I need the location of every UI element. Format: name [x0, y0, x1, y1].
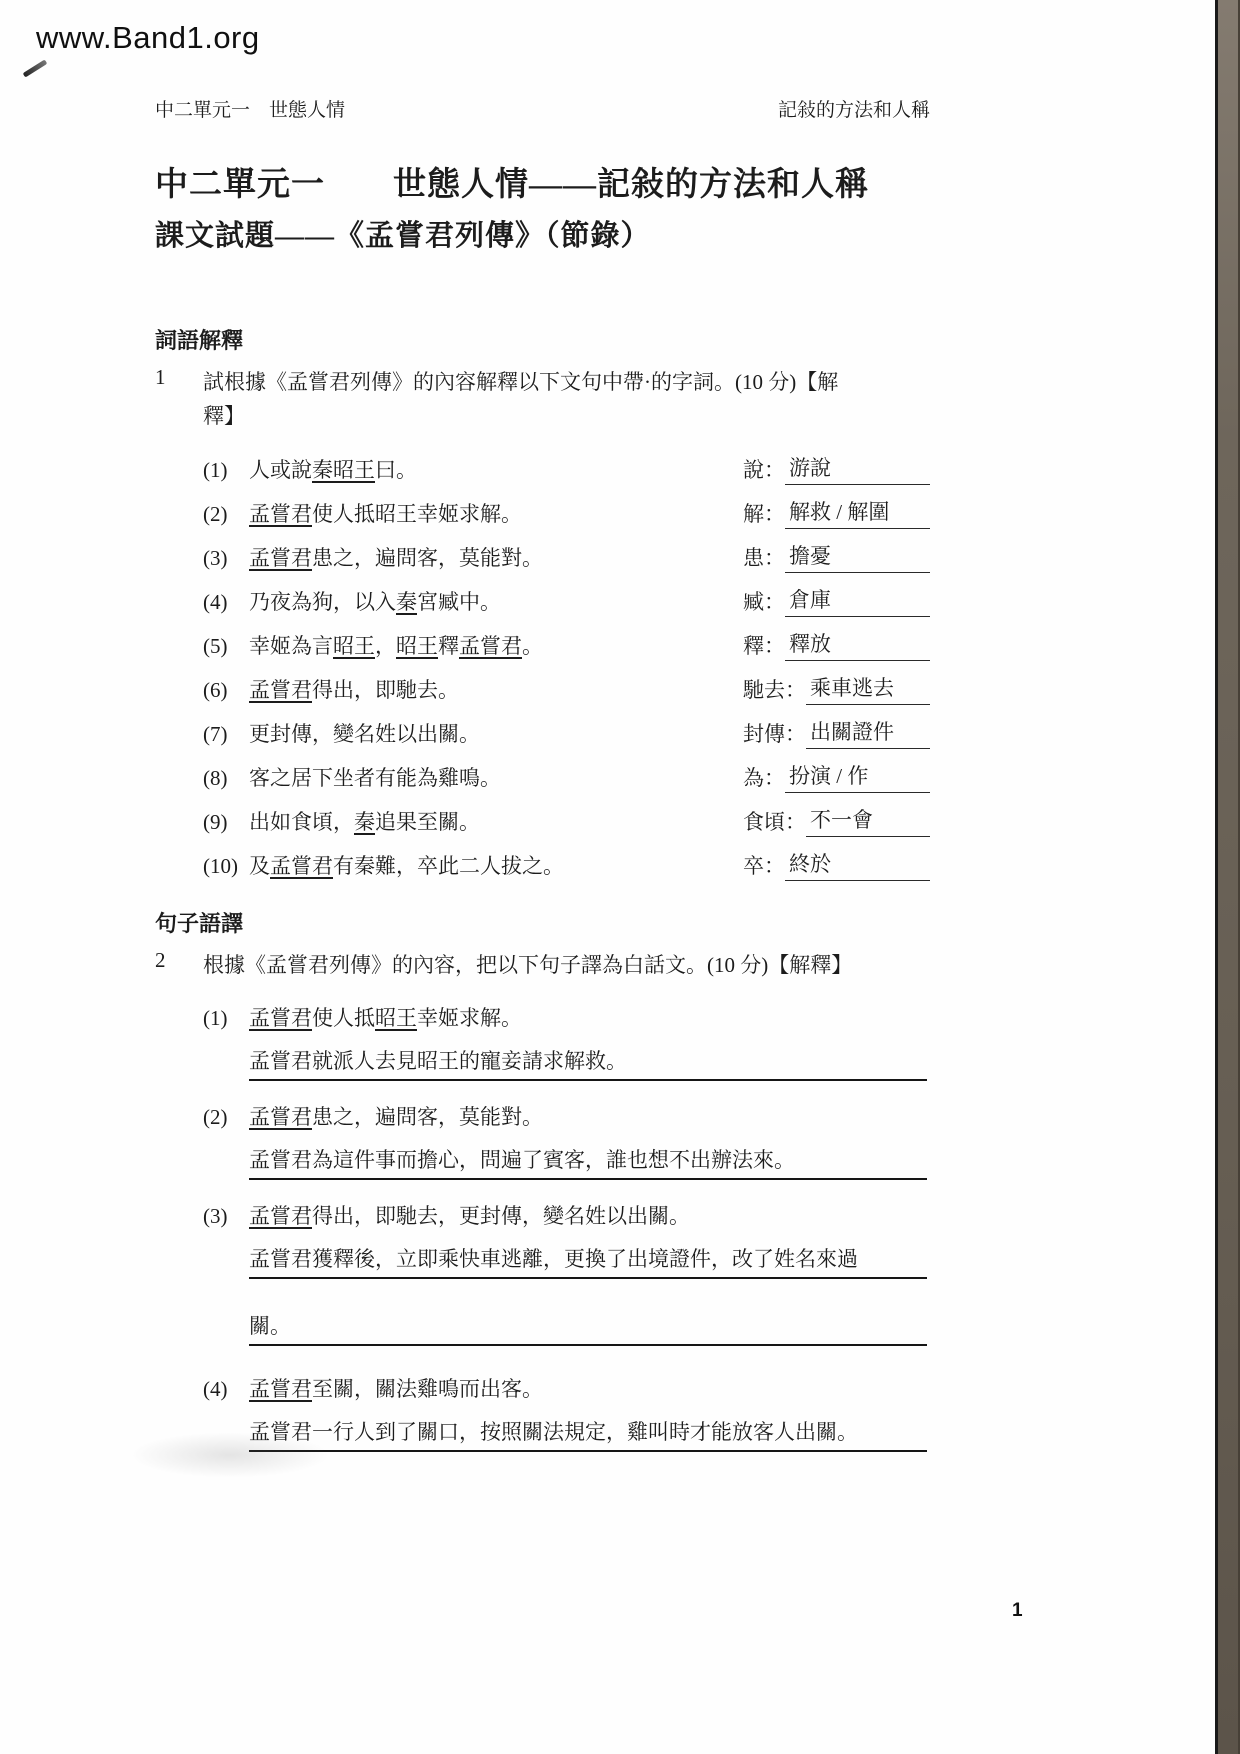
translation-item: (1) 孟嘗君使人抵昭王幸姬求解。 孟嘗君就派人去見昭王的寵妾請求解救。 — [155, 1003, 930, 1081]
answer-blank-line: 出關證件 — [806, 717, 930, 749]
page-title: 中二單元一 世態人情——記敍的方法和人稱 — [155, 158, 930, 205]
vocab-item-row: (9) 出如食頃，秦追果至關。 食頃： 不一會 — [155, 793, 930, 837]
translation-answer: 孟嘗君就派人去見昭王的寵妾請求解救。 — [249, 1046, 927, 1081]
answer-text: 扮演 / 作 — [789, 764, 868, 788]
item-sentence: 孟嘗君使人抵昭王幸姬求解。 — [249, 499, 743, 529]
item-answer: 釋： 釋放 — [743, 629, 930, 661]
answer-blank-line: 倉庫 — [785, 585, 930, 617]
item-number: (10) — [203, 851, 249, 881]
item-answer: 說： 游說 — [743, 453, 930, 485]
question1-prompt-row: 1 試根據《孟嘗君列傳》的內容解釋以下文句中帶·的字詞。(10 分)【解 釋】 — [155, 365, 930, 433]
item-answer: 封傳： 出關證件 — [743, 717, 930, 749]
item-number: (1) — [203, 1003, 249, 1033]
item-answer: 解： 解救 / 解圍 — [743, 497, 930, 529]
item-sentence: 孟嘗君患之，遍問客，莫能對。 — [249, 1102, 930, 1132]
item-number: (4) — [203, 1374, 249, 1404]
answer-blank-line: 不一會 — [806, 805, 930, 837]
vocab-item-row: (6) 孟嘗君得出，即馳去。 馳去： 乘車逃去 — [155, 661, 930, 705]
answer-term-label: 為： — [743, 763, 785, 793]
answer-blank-line: 擔憂 — [785, 541, 930, 573]
translation-line: 孟嘗君一行人到了關口，按照關法規定，雞叫時才能放客人出關。 — [249, 1417, 927, 1452]
page-number: 1 — [1012, 1600, 1023, 1622]
answer-text: 釋放 — [789, 632, 831, 656]
vocab-item-row: (3) 孟嘗君患之，遍問客，莫能對。 患： 擔憂 — [155, 529, 930, 573]
translation-answer: 孟嘗君一行人到了關口，按照關法規定，雞叫時才能放客人出關。 — [249, 1417, 927, 1452]
answer-text: 解救 / 解圍 — [789, 500, 889, 524]
vocab-item-row: (10) 及孟嘗君有秦難，卒此二人拔之。 卒： 終於 — [155, 837, 930, 881]
translation-line: 孟嘗君為這件事而擔心，問遍了賓客，誰也想不出辦法來。 — [249, 1145, 927, 1180]
answer-term-label: 臧： — [743, 587, 785, 617]
scan-edge-band — [1215, 0, 1240, 1754]
item-answer: 為： 扮演 / 作 — [743, 761, 930, 793]
answer-text: 乘車逃去 — [810, 676, 894, 700]
vocab-item-row: (8) 客之居下坐者有能為雞鳴。 為： 扮演 / 作 — [155, 749, 930, 793]
answer-text: 擔憂 — [789, 544, 831, 568]
question2-number: 2 — [155, 948, 203, 982]
answer-term-label: 馳去： — [743, 675, 806, 705]
item-number: (3) — [203, 1201, 249, 1231]
vocab-items-list: (1) 人或說秦昭王曰。 說： 游說 (2) 孟嘗君使人抵昭王幸姬求解。 解： … — [155, 441, 930, 881]
item-answer: 卒： 終於 — [743, 849, 930, 881]
vocab-item-row: (5) 幸姬為言昭王，昭王釋孟嘗君。 釋： 釋放 — [155, 617, 930, 661]
watermark-text: www.Band1.org — [36, 20, 260, 56]
question2-prompt-row: 2 根據《孟嘗君列傳》的內容，把以下句子譯為白話文。(10 分)【解釋】 — [155, 948, 930, 982]
answer-blank-line: 游說 — [785, 453, 930, 485]
scan-smudge — [130, 1432, 330, 1478]
item-sentence: 更封傳，變名姓以出關。 — [249, 719, 743, 749]
item-sentence: 出如食頃，秦追果至關。 — [249, 807, 743, 837]
section1-heading: 詞語解釋 — [155, 324, 930, 355]
answer-text: 終於 — [789, 852, 831, 876]
translation-line: 關。 — [249, 1311, 927, 1346]
item-answer: 食頃： 不一會 — [743, 805, 930, 837]
answer-term-label: 釋： — [743, 631, 785, 661]
item-sentence: 人或說秦昭王曰。 — [249, 455, 743, 485]
translation-item: (3) 孟嘗君得出，即馳去，更封傳，變名姓以出關。 孟嘗君獲釋後，立即乘快車逃離… — [155, 1201, 930, 1346]
item-answer: 馳去： 乘車逃去 — [743, 673, 930, 705]
vocab-item-row: (1) 人或說秦昭王曰。 說： 游說 — [155, 441, 930, 485]
answer-term-label: 說： — [743, 455, 785, 485]
translation-answer: 孟嘗君為這件事而擔心，問遍了賓客，誰也想不出辦法來。 — [249, 1145, 927, 1180]
item-sentence: 幸姬為言昭王，昭王釋孟嘗君。 — [249, 631, 743, 661]
translation-line: 孟嘗君就派人去見昭王的寵妾請求解救。 — [249, 1046, 927, 1081]
answer-blank-line: 扮演 / 作 — [785, 761, 930, 793]
item-number: (3) — [203, 543, 249, 573]
item-number: (6) — [203, 675, 249, 705]
item-answer: 臧： 倉庫 — [743, 585, 930, 617]
translation-items-list: (1) 孟嘗君使人抵昭王幸姬求解。 孟嘗君就派人去見昭王的寵妾請求解救。 (2)… — [155, 1003, 930, 1452]
answer-term-label: 食頃： — [743, 807, 806, 837]
item-sentence: 孟嘗君得出，即馳去，更封傳，變名姓以出關。 — [249, 1201, 930, 1231]
scanned-worksheet-page: www.Band1.org 中二單元一 世態人情 記敍的方法和人稱 中二單元一 … — [0, 0, 1240, 1754]
answer-blank-line: 解救 / 解圍 — [785, 497, 930, 529]
vocab-item-row: (4) 乃夜為狗，以入秦宮臧中。 臧： 倉庫 — [155, 573, 930, 617]
item-sentence: 孟嘗君得出，即馳去。 — [249, 675, 743, 705]
vocab-item-row: (7) 更封傳，變名姓以出關。 封傳： 出關證件 — [155, 705, 930, 749]
question1-prompt-line2: 釋】 — [203, 399, 930, 433]
item-number: (9) — [203, 807, 249, 837]
item-number: (2) — [203, 1102, 249, 1132]
item-number: (7) — [203, 719, 249, 749]
answer-text: 不一會 — [810, 808, 873, 832]
item-number: (8) — [203, 763, 249, 793]
item-number: (2) — [203, 499, 249, 529]
item-sentence: 孟嘗君使人抵昭王幸姬求解。 — [249, 1003, 930, 1033]
answer-blank-line: 終於 — [785, 849, 930, 881]
translation-line: 孟嘗君獲釋後，立即乘快車逃離，更換了出境證件，改了姓名來過 — [249, 1244, 927, 1279]
answer-text: 倉庫 — [789, 588, 831, 612]
answer-term-label: 封傳： — [743, 719, 806, 749]
item-sentence: 乃夜為狗，以入秦宮臧中。 — [249, 587, 743, 617]
page-subtitle: 課文試題——《孟嘗君列傳》（節錄） — [155, 213, 930, 254]
running-header-left: 中二單元一 世態人情 — [155, 95, 345, 122]
answer-text: 出關證件 — [810, 720, 894, 744]
answer-term-label: 患： — [743, 543, 785, 573]
question1-prompt-line1: 試根據《孟嘗君列傳》的內容解釋以下文句中帶·的字詞。(10 分)【解 — [203, 365, 930, 399]
question1-number: 1 — [155, 365, 203, 433]
item-answer: 患： 擔憂 — [743, 541, 930, 573]
answer-term-label: 卒： — [743, 851, 785, 881]
item-sentence: 孟嘗君至關，關法雞鳴而出客。 — [249, 1374, 930, 1404]
item-sentence: 客之居下坐者有能為雞鳴。 — [249, 763, 743, 793]
translation-answer: 孟嘗君獲釋後，立即乘快車逃離，更換了出境證件，改了姓名來過關。 — [249, 1244, 927, 1346]
item-number: (4) — [203, 587, 249, 617]
pen-stroke-icon — [23, 59, 48, 77]
answer-blank-line: 釋放 — [785, 629, 930, 661]
translation-item: (2) 孟嘗君患之，遍問客，莫能對。 孟嘗君為這件事而擔心，問遍了賓客，誰也想不… — [155, 1102, 930, 1180]
item-number: (5) — [203, 631, 249, 661]
section2-heading: 句子語譯 — [155, 907, 930, 938]
item-sentence: 孟嘗君患之，遍問客，莫能對。 — [249, 543, 743, 573]
question2-prompt: 根據《孟嘗君列傳》的內容，把以下句子譯為白話文。(10 分)【解釋】 — [203, 948, 930, 982]
item-sentence: 及孟嘗君有秦難，卒此二人拔之。 — [249, 851, 743, 881]
running-header: 中二單元一 世態人情 記敍的方法和人稱 — [155, 95, 930, 122]
running-header-right: 記敍的方法和人稱 — [778, 95, 930, 122]
answer-term-label: 解： — [743, 499, 785, 529]
answer-text: 游說 — [789, 456, 831, 480]
answer-blank-line: 乘車逃去 — [806, 673, 930, 705]
vocab-item-row: (2) 孟嘗君使人抵昭王幸姬求解。 解： 解救 / 解圍 — [155, 485, 930, 529]
item-number: (1) — [203, 455, 249, 485]
